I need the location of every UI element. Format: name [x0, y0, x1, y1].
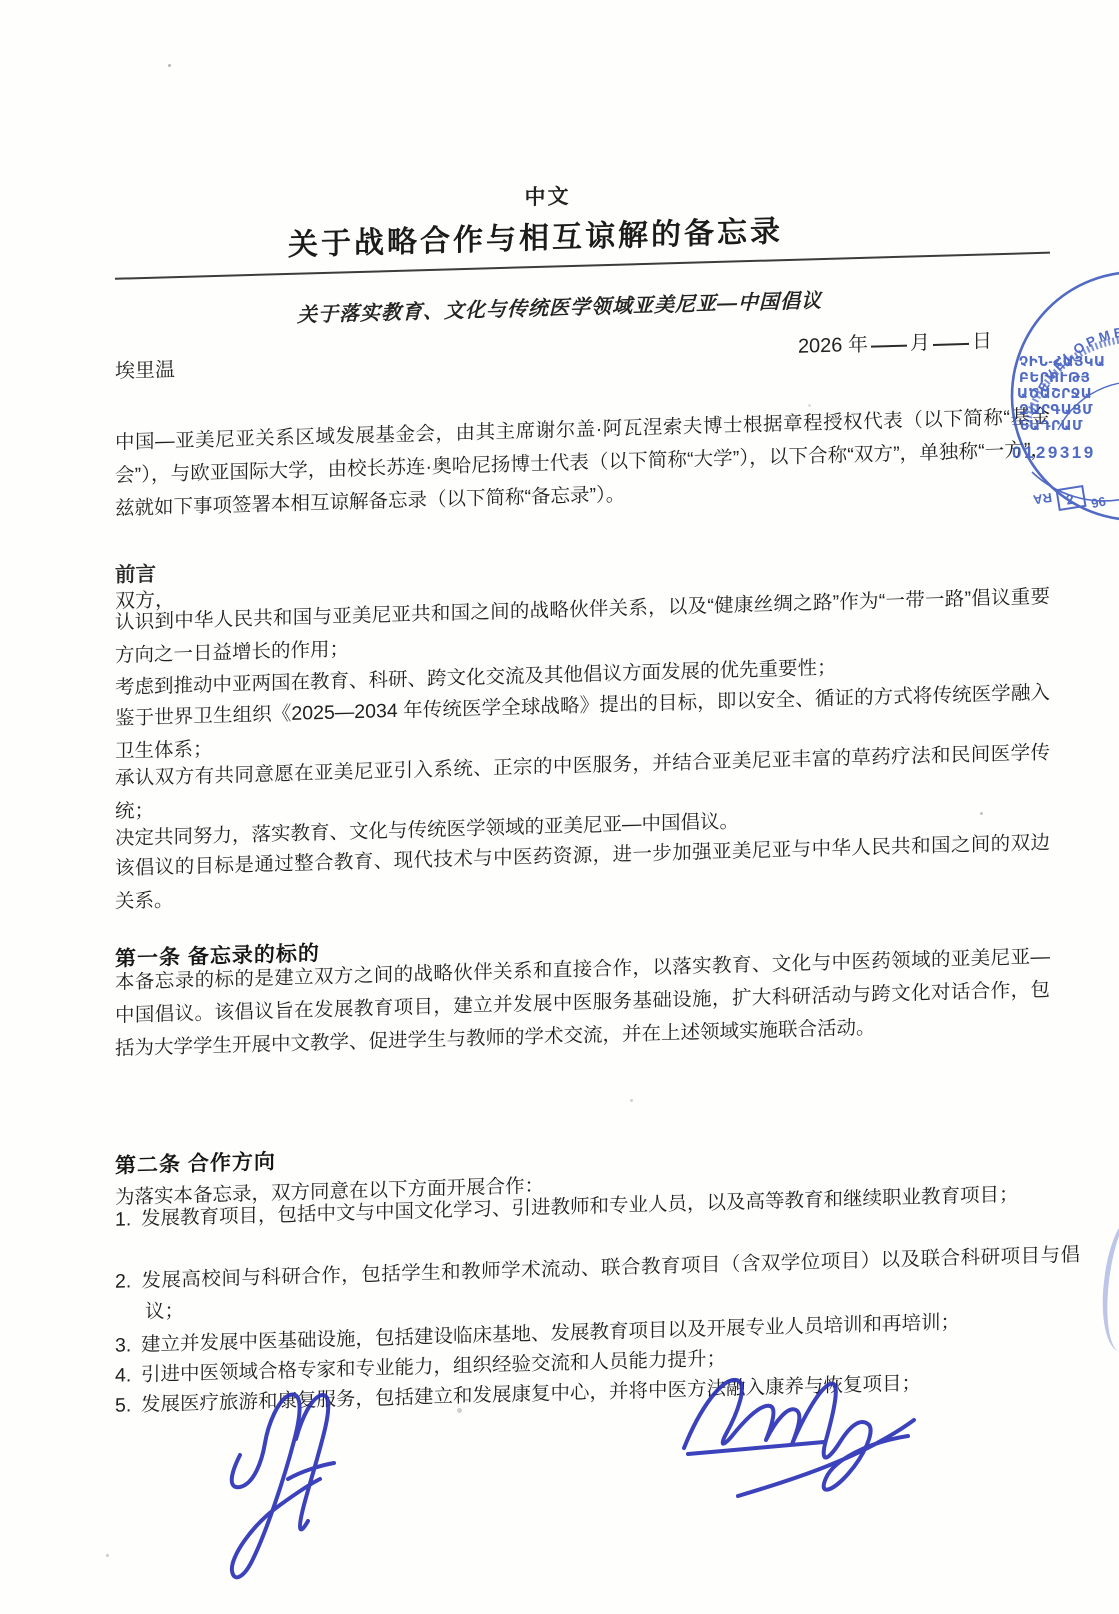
- document-subtitle: 关于落实教育、文化与传统医学领域亚美尼亚—中国倡议: [92, 278, 1027, 333]
- signature-left: [218, 1383, 408, 1593]
- stamp-text-line: ՉԻՆ-ՀԱՅԿԱ: [1019, 354, 1105, 369]
- list-item-number: 4.: [115, 1360, 141, 1392]
- stamp-bottom-right-text: 96: [1090, 494, 1107, 512]
- list-item-number: 3.: [115, 1330, 141, 1362]
- stamp-text-line: ԲԵՐՈՒԹՅ: [1019, 370, 1090, 385]
- scanned-document-page: 中文 关于战略合作与相互谅解的备忘录 关于落实教育、文化与传统医学领域亚美尼亚—…: [0, 0, 1119, 1614]
- stamp-text-line: ՆԱԴՐԱՄ: [1019, 418, 1083, 433]
- signature-left-stroke: [232, 1394, 334, 1577]
- stamp-text-line: ԱԾԱՇՐՋԱ: [1017, 386, 1092, 401]
- intro-paragraph: 中国—亚美尼亚关系区域发展基金会，由其主席谢尔盖·阿瓦涅索夫博士根据章程授权代表…: [115, 401, 1050, 526]
- stamp-bottom-center-text: 2: [1065, 491, 1075, 508]
- list-item-number: 1.: [115, 1204, 141, 1236]
- signature-right-stroke: [684, 1380, 914, 1496]
- list-item-number: 5.: [115, 1390, 141, 1422]
- signature-right: [672, 1356, 922, 1526]
- stamp-bottom-left-text: RA: [1032, 490, 1053, 508]
- document-content: 中文 关于战略合作与相互谅解的备忘录 关于落实教育、文化与传统医学领域亚美尼亚—…: [0, 0, 1119, 1614]
- stamp-text-line: ԶԱՐԳԱՑՄ: [1019, 402, 1093, 417]
- stamp-number: 0129319: [1012, 443, 1096, 462]
- round-stamp: EVELOPMEN ՉԻՆ-ՀԱՅԿԱ ԲԵՐՈՒԹՅ ԱԾԱՇՐՋԱ ԶԱՐԳ…: [1006, 266, 1119, 526]
- list-item-number: 2.: [115, 1266, 141, 1298]
